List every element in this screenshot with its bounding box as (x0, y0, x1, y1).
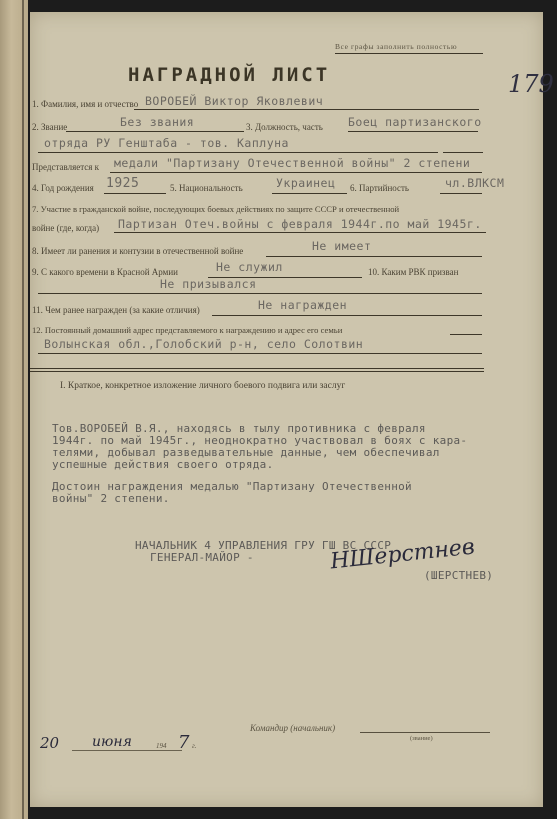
party-value: чл.ВЛКСМ (445, 176, 504, 190)
prior-awards-underline (212, 315, 482, 316)
nominated-label: Представляется к (32, 162, 99, 172)
wounds-label: 8. Имеет ли ранения и контузии в отечест… (32, 246, 243, 256)
section-heading: I. Краткое, конкретное изложение личного… (60, 381, 345, 391)
participation-label: 7. Участие в гражданской войне, последую… (32, 204, 399, 214)
narrative-line-4: успешные действия своего отряда. (52, 459, 274, 471)
position-value: Боец партизанского (348, 115, 482, 129)
participation-value: Партизан Отеч.войны с февраля 1944г.по м… (118, 217, 482, 231)
address-label: 12. Постоянный домашний адрес представля… (32, 325, 342, 335)
rank-caption: (звание) (410, 735, 433, 742)
award-sheet-page: Все графы заполнить полностью НАГРАДНОЙ … (30, 12, 543, 807)
date-day: 20 (40, 734, 59, 752)
instruction-underline (335, 53, 483, 54)
document-title: НАГРАДНОЙ ЛИСТ (128, 64, 330, 86)
position-cont-underline-2 (443, 152, 483, 153)
section-rule-bottom (30, 371, 484, 372)
position-value-continued: отряда РУ Генштаба - тов. Каплуна (44, 136, 289, 150)
date-year-suffix: г. (192, 742, 196, 750)
date-year-digit: 7 (178, 732, 189, 753)
birth-year-value: 1925 (106, 176, 139, 191)
birth-year-underline (104, 193, 166, 194)
rvk-value: Не призывался (160, 277, 257, 291)
prior-awards-label: 11. Чем ранее награжден (за какие отличи… (32, 305, 200, 315)
position-underline (348, 131, 478, 132)
name-underline (134, 109, 479, 110)
nominated-value: медали "Партизану Отечественной войны" 2… (114, 156, 470, 170)
name-value: ВОРОБЕЙ Виктор Яковлевич (145, 94, 323, 108)
binding-fold (22, 0, 24, 819)
date-month: июня (92, 734, 132, 750)
signatory-rank: ГЕНЕРАЛ-МАЙОР - (150, 552, 254, 564)
party-underline (440, 193, 482, 194)
wounds-value: Не имеет (312, 239, 371, 253)
position-cont-underline (38, 152, 438, 153)
nominated-underline (110, 172, 482, 173)
date-month-underline (72, 750, 182, 751)
date-year-prefix: 194 (156, 742, 167, 750)
red-army-value: Не служил (216, 260, 283, 274)
address-label-underline (450, 334, 482, 335)
commander-signature-line (360, 732, 490, 733)
commander-label: Командир (начальник) (250, 723, 335, 733)
nationality-value: Украинец (276, 176, 335, 190)
participation-label-cont: войне (где, когда) (32, 223, 99, 233)
nationality-label: 5. Национальность (170, 183, 243, 193)
red-army-label: 9. С какого времени в Красной Армии (32, 267, 178, 277)
name-label: 1. Фамилия, имя и отчество (32, 99, 138, 109)
rvk-underline (38, 293, 482, 294)
recommendation-line-2: войны" 2 степени. (52, 493, 170, 505)
nationality-underline (272, 193, 347, 194)
signatory-name: (ШЕРСТНЕВ) (424, 570, 493, 582)
rvk-label: 10. Каким РВК призван (368, 267, 458, 277)
address-value: Волынская обл.,Голобский р-н, село Солот… (44, 337, 363, 351)
birth-year-label: 4. Год рождения (32, 183, 94, 193)
rank-value: Без звания (120, 115, 194, 129)
rank-underline (66, 131, 244, 132)
instruction-text: Все графы заполнить полностью (335, 42, 457, 51)
sheet-number: 179 (508, 70, 554, 98)
wounds-underline (266, 256, 482, 257)
position-label: 3. Должность, часть (246, 122, 323, 132)
adjacent-page-edge (0, 0, 28, 819)
party-label: 6. Партийность (350, 183, 409, 193)
address-underline (38, 353, 482, 354)
participation-underline (114, 232, 486, 233)
prior-awards-value: Не награжден (258, 298, 347, 312)
rank-label: 2. Звание (32, 122, 67, 132)
section-rule-top (30, 368, 484, 369)
